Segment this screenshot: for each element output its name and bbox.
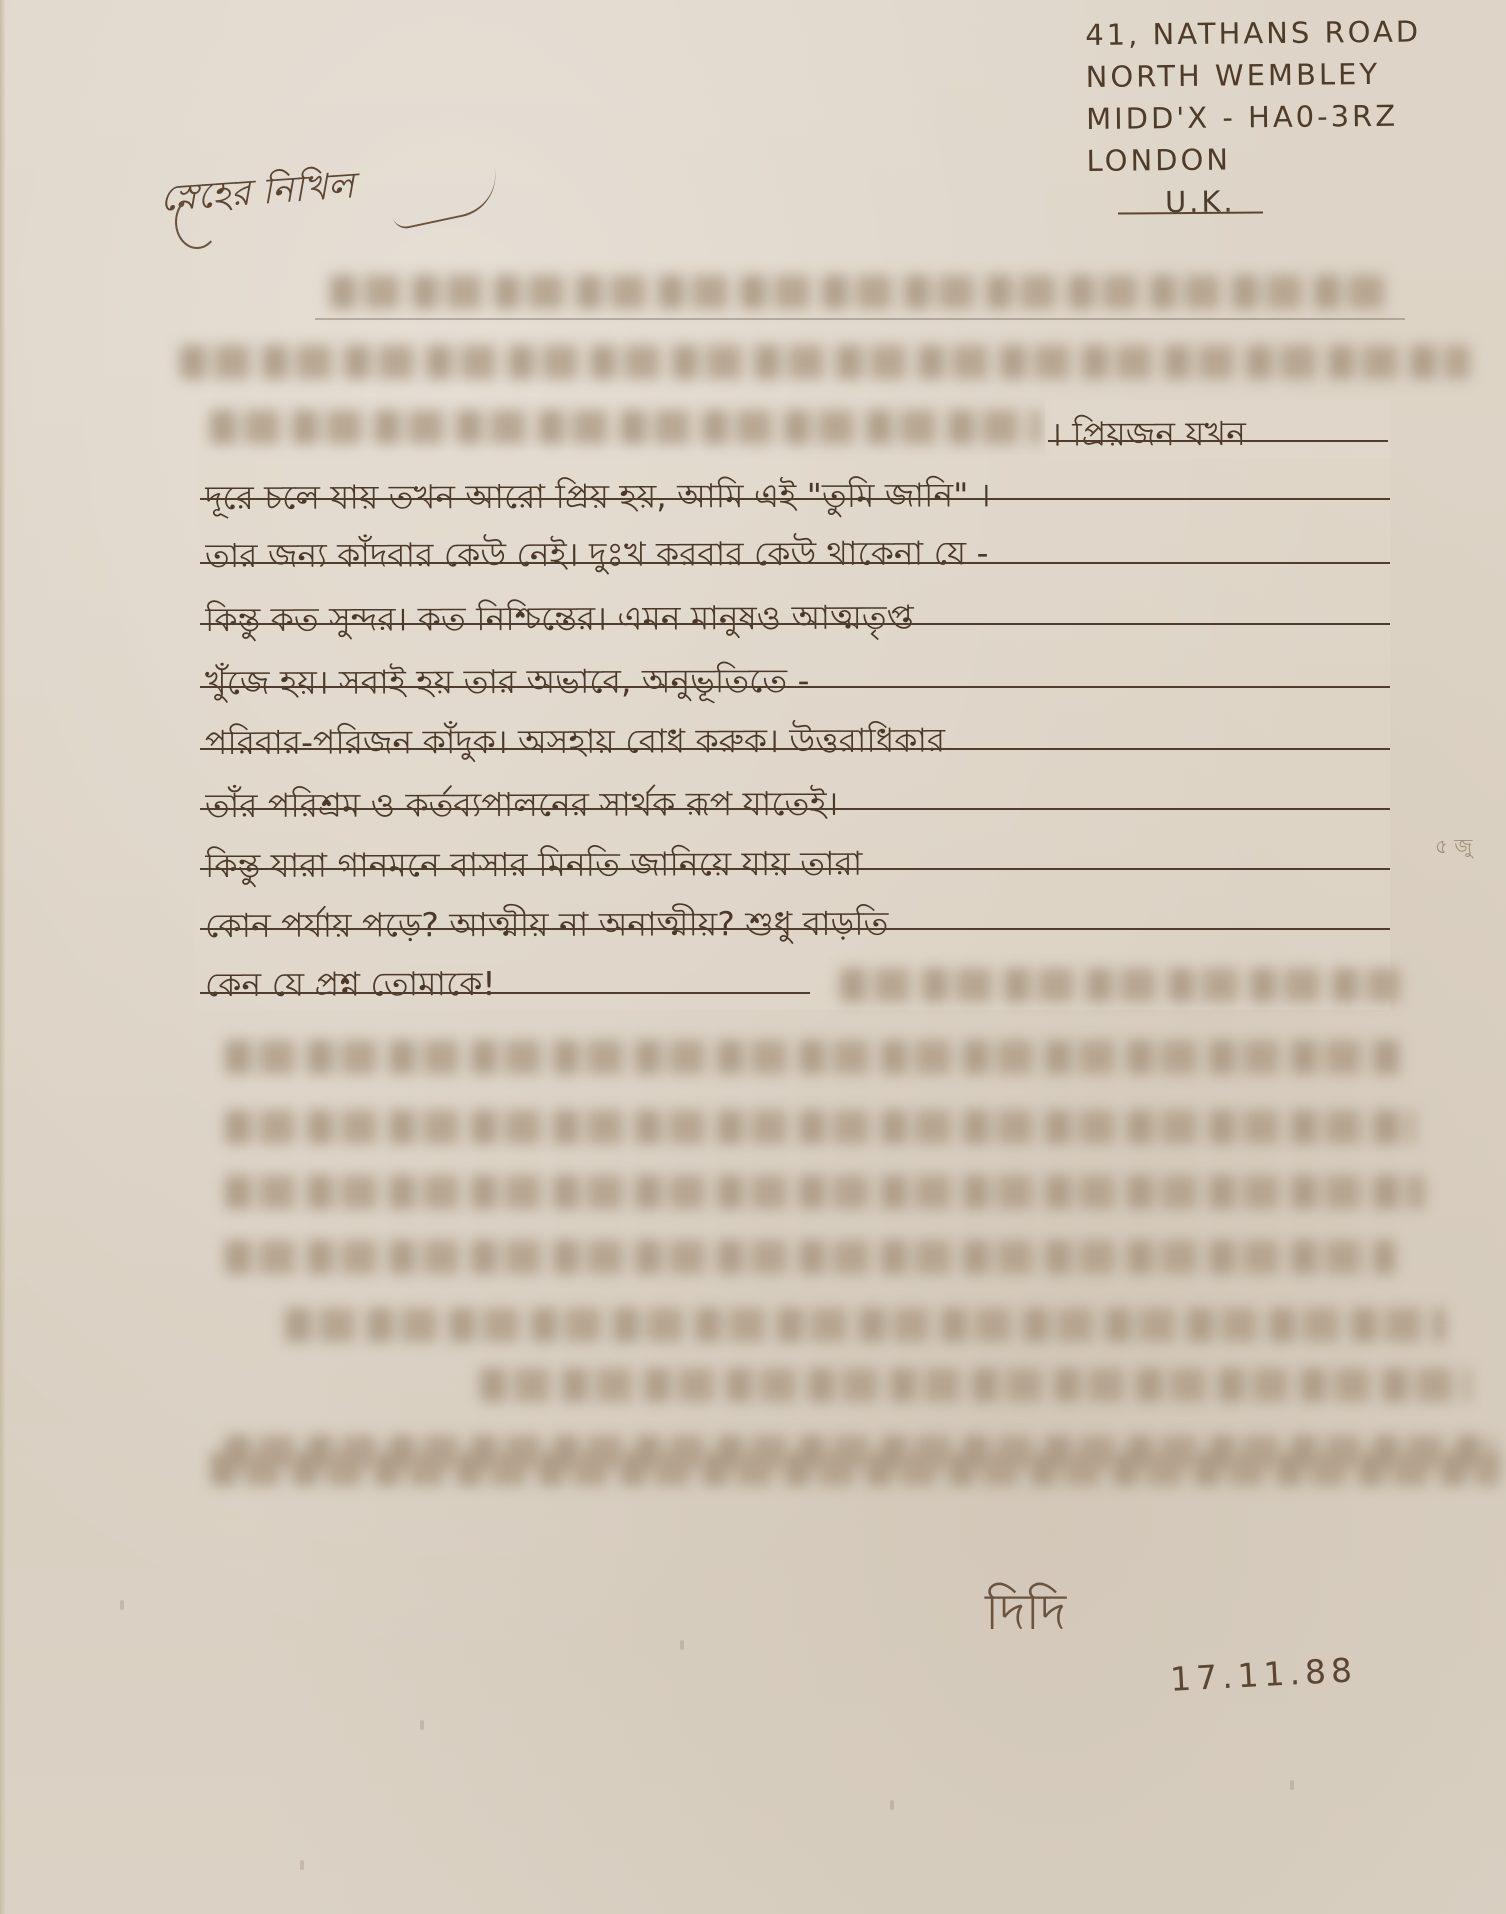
rule (200, 686, 1390, 688)
letter-date: 17.11.88 (1169, 1650, 1358, 1699)
letter-line-5: পরিবার-পরিজন কাঁদুক। অসহায় বোধ করুক। উত… (205, 713, 1385, 773)
rule (200, 623, 1390, 625)
blurred-printed-text-bottom (0, 960, 1506, 1520)
rule (200, 562, 1390, 564)
paper-speck (420, 1720, 424, 1730)
rule (1048, 440, 1388, 442)
paper-speck (120, 1600, 124, 1610)
margin-note: ৫ জু (1435, 832, 1472, 865)
rule (200, 808, 1390, 810)
paper-speck (300, 1860, 304, 1870)
blurred-printed-text-bottom-2 (0, 1440, 1506, 1520)
blurred-printed-text-top (0, 0, 1506, 460)
letter-line-8: কোন পর্যায় পড়ে? আত্মীয় না অনাত্মীয়? … (205, 896, 1385, 956)
paper-speck (890, 1800, 894, 1810)
letter-line-3: কিন্তু কত সুন্দর। কত নিশ্চিন্তের। এমন মা… (205, 590, 1385, 650)
letter-line-6: তাঁর পরিশ্রম ও কর্তব্যপালনের সার্থক রূপ … (205, 776, 1385, 836)
rule (200, 928, 1390, 930)
rule (200, 868, 1390, 870)
letter-line-7: কিন্তু যারা গানমনে বাসার মিনতি জানিয়ে য… (205, 836, 1385, 896)
paper-speck (1290, 1780, 1294, 1790)
letter-line-4: খুঁজে হয়। সবাই হয় তার অভাবে, অনুভূতিতে… (205, 653, 1385, 713)
rule (200, 498, 1390, 500)
letter-line-0: । প্রিয়জন যখন (1050, 407, 1390, 464)
rule (315, 318, 1405, 320)
signature: দিদি (985, 1575, 1066, 1658)
rule (200, 748, 1390, 750)
letter-page: 41, NATHANS ROAD NORTH WEMBLEY MIDD'X - … (0, 0, 1506, 1914)
paper-speck (680, 1640, 684, 1650)
letter-line-2: তার জন্য কাঁদবার কেউ নেই। দুঃখ করবার কেউ… (205, 526, 1385, 586)
